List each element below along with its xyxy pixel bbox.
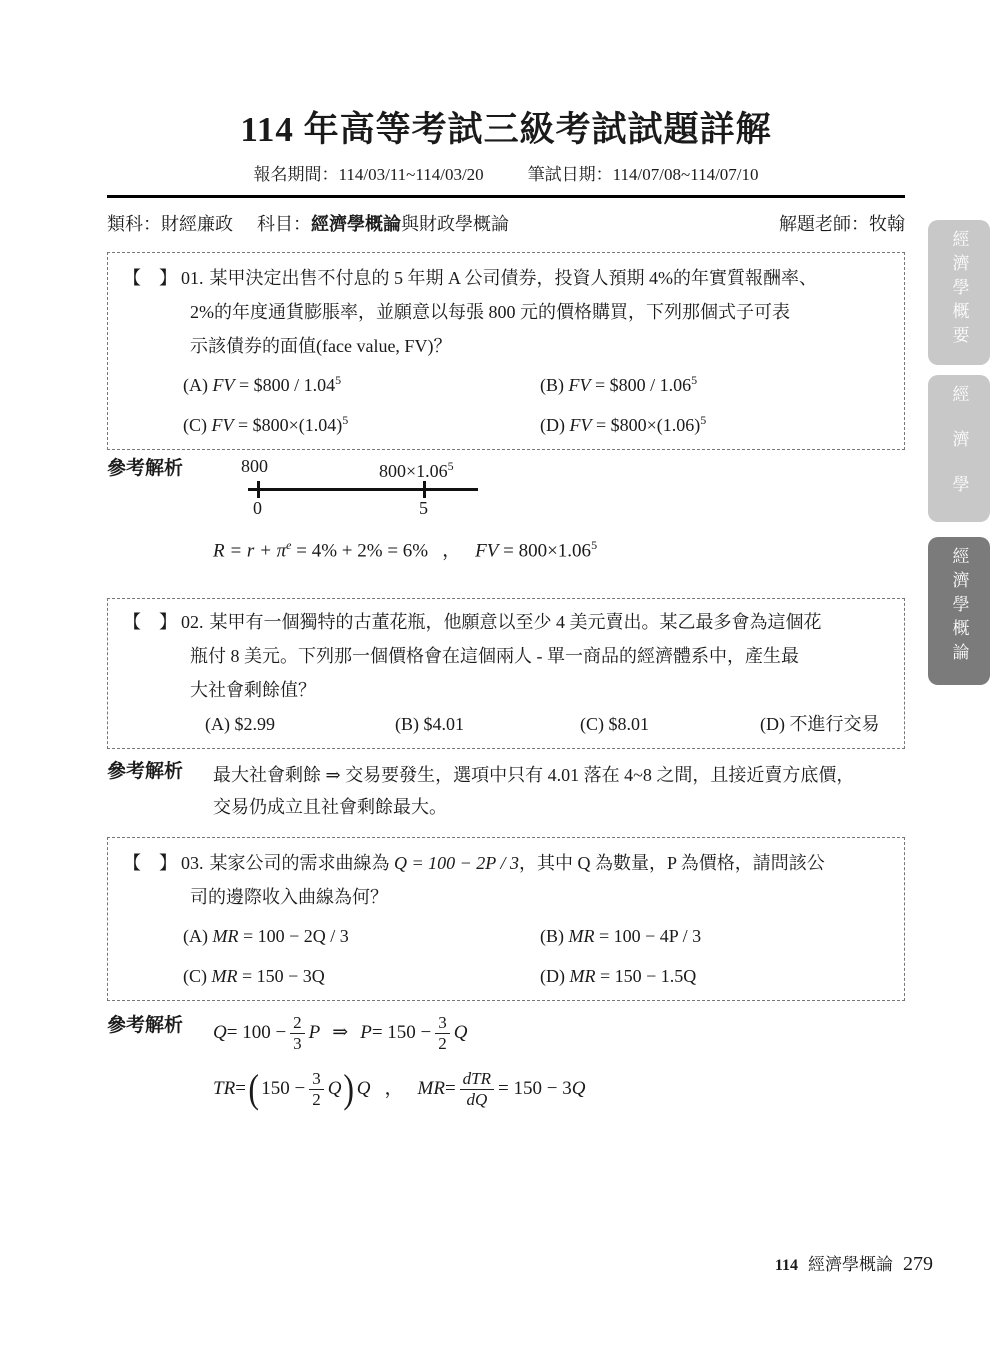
tab-label: 經濟學概論 [947,547,972,685]
solution-3-content: Q = 100 − 23P⇒P = 150 − 32Q TR = (150 − … [213,1013,905,1109]
answer-brackets: 【 】 [123,846,177,880]
timeline-label-5: 5 [419,498,428,518]
solution-3-formula-1: Q = 100 − 23P⇒P = 150 − 32Q [213,1013,905,1053]
question-2-box: 【 】 02. 某甲有一個獨特的古董花瓶，他願意以至少 4 美元賣出。某乙最多會… [107,598,905,749]
question-text: 某家公司的需求曲線為 Q = 100 − 2P / 3，其中 Q 為數量，P 為… [210,846,825,880]
solution-3-formula-2: TR = (150 − 32Q)Q，MR = dTRdQ = 150 − 3Q [213,1069,905,1109]
exam-meta: 類科：財經廉政 科目：經濟學概論與財政學概論 解題老師：牧翰 [107,212,905,237]
left-parenthesis: ( [248,1073,259,1105]
timeline-axis [248,488,478,491]
solution-3: 參考解析 Q = 100 − 23P⇒P = 150 − 32Q TR = (1… [107,1013,905,1109]
option-c: (C) FV = $800×(1.04)5 [183,403,540,443]
registration-period: 報名期間：114/03/11~114/03/20 [253,163,483,186]
solution-1: 參考解析 800 800×1.065 0 5 R = r + πe = 4% +… [107,456,905,564]
timeline-value-end: 800×1.065 [379,456,454,481]
footer-page-number: 279 [903,1253,933,1276]
answer-brackets: 【 】 [123,261,177,295]
footer-volume: 114 [775,1257,798,1275]
tab-label: 經濟學概要 [947,230,972,365]
sidebar-tab-economics-intro-active: 經濟學概論 [928,537,990,685]
option-a: (A) FV = $800 / 1.045 [183,363,540,403]
question-1-line-3: 示該債券的面值(face value, FV)？ [123,329,892,363]
question-1-options: (A) FV = $800 / 1.045 (B) FV = $800 / 1.… [183,363,892,443]
answer-brackets: 【 】 [123,605,177,639]
question-1-line-1: 【 】 01. 某甲決定出售不付息的 5 年期 A 公司債券，投資人預期 4%的… [123,261,892,295]
subject-label: 科目：經濟學概論與財政學概論 [257,212,509,237]
question-3-options: (A) MR = 100 − 2Q / 3 (B) MR = 100 − 4P … [183,914,892,994]
solution-1-formula: R = r + πe = 4% + 2% = 6%，FV = 800×1.065 [213,532,905,564]
question-2-line-3: 大社會剩餘值？ [123,673,892,707]
solution-label: 參考解析 [107,759,213,823]
meta-left: 類科：財經廉政 科目：經濟學概論與財政學概論 [107,212,509,237]
question-number: 01. [181,261,204,295]
solution-label: 參考解析 [107,456,213,564]
question-3-line-1: 【 】 03. 某家公司的需求曲線為 Q = 100 − 2P / 3，其中 Q… [123,846,892,880]
page-footer: 114 經濟學概論 279 [775,1250,933,1276]
sidebar-tab-economics: 經濟學 [928,375,990,522]
solution-2-line-2: 交易仍成立且社會剩餘最大。 [213,791,905,823]
solution-2-content: 最大社會剩餘 ⇒ 交易要發生，選項中只有 4.01 落在 4~8 之間，且接近賣… [213,759,905,823]
solution-2: 參考解析 最大社會剩餘 ⇒ 交易要發生，選項中只有 4.01 落在 4~8 之間… [107,759,905,823]
timeline-label-0: 0 [253,498,262,518]
subject-bold: 經濟學概論 [311,214,401,234]
question-text: 某甲有一個獨特的古董花瓶，他願意以至少 4 美元賣出。某乙最多會為這個花 [210,605,822,639]
option-a: (A) MR = 100 − 2Q / 3 [183,914,540,954]
question-2-line-1: 【 】 02. 某甲有一個獨特的古董花瓶，他願意以至少 4 美元賣出。某乙最多會… [123,605,892,639]
question-text: 某甲決定出售不付息的 5 年期 A 公司債券，投資人預期 4%的年實質報酬率、 [210,261,818,295]
question-1-box: 【 】 01. 某甲決定出售不付息的 5 年期 A 公司債券，投資人預期 4%的… [107,252,905,450]
question-1-line-2: 2%的年度通貨膨脹率，並願意以每張 800 元的價格購買，下列那個式子可表 [123,295,892,329]
timeline-value-start: 800 [241,456,268,476]
option-a: (A) $2.99 [205,707,395,742]
footer-subject: 經濟學概論 [808,1250,893,1275]
option-b: (B) MR = 100 − 4P / 3 [540,914,892,954]
option-b: (B) $4.01 [395,707,580,742]
option-d: (D) 不進行交易 [760,707,880,742]
category-label: 類科：財經廉政 [107,212,233,237]
solution-1-content: 800 800×1.065 0 5 R = r + πe = 4% + 2% =… [213,456,905,564]
option-c: (C) MR = 150 − 3Q [183,954,540,994]
tab-label: 經濟學 [947,385,972,522]
sidebar-tab-economics-summary: 經濟學概要 [928,220,990,365]
question-3-line-2: 司的邊際收入曲線為何？ [123,880,892,914]
option-b: (B) FV = $800 / 1.065 [540,363,892,403]
timeline-diagram: 800 800×1.065 0 5 [213,456,533,520]
solution-2-line-1: 最大社會剩餘 ⇒ 交易要發生，選項中只有 4.01 落在 4~8 之間，且接近賣… [213,759,905,791]
question-2-line-2: 瓶付 8 美元。下列那一個價格會在這個兩人 - 單一商品的經濟體系中，產生最 [123,639,892,673]
page-content: 114 年高等考試三級考試試題詳解 報名期間：114/03/11~114/03/… [107,0,905,1110]
right-parenthesis: ) [344,1073,355,1105]
option-d: (D) FV = $800×(1.06)5 [540,403,892,443]
solution-label: 參考解析 [107,1013,213,1109]
question-3-box: 【 】 03. 某家公司的需求曲線為 Q = 100 − 2P / 3，其中 Q… [107,837,905,1001]
timeline-tick-5 [423,481,426,498]
option-d: (D) MR = 150 − 1.5Q [540,954,892,994]
header-divider [107,195,905,198]
timeline-tick-0 [257,481,260,498]
question-2-options: (A) $2.99 (B) $4.01 (C) $8.01 (D) 不進行交易 [205,707,892,742]
teacher-label: 解題老師：牧翰 [779,212,905,237]
option-c: (C) $8.01 [580,707,760,742]
question-number: 03. [181,846,204,880]
page-title: 114 年高等考試三級考試試題詳解 [107,106,905,154]
written-exam-date: 筆試日期：114/07/08~114/07/10 [528,163,759,186]
question-number: 02. [181,605,204,639]
exam-dates: 報名期間：114/03/11~114/03/20 筆試日期：114/07/08~… [107,163,905,186]
